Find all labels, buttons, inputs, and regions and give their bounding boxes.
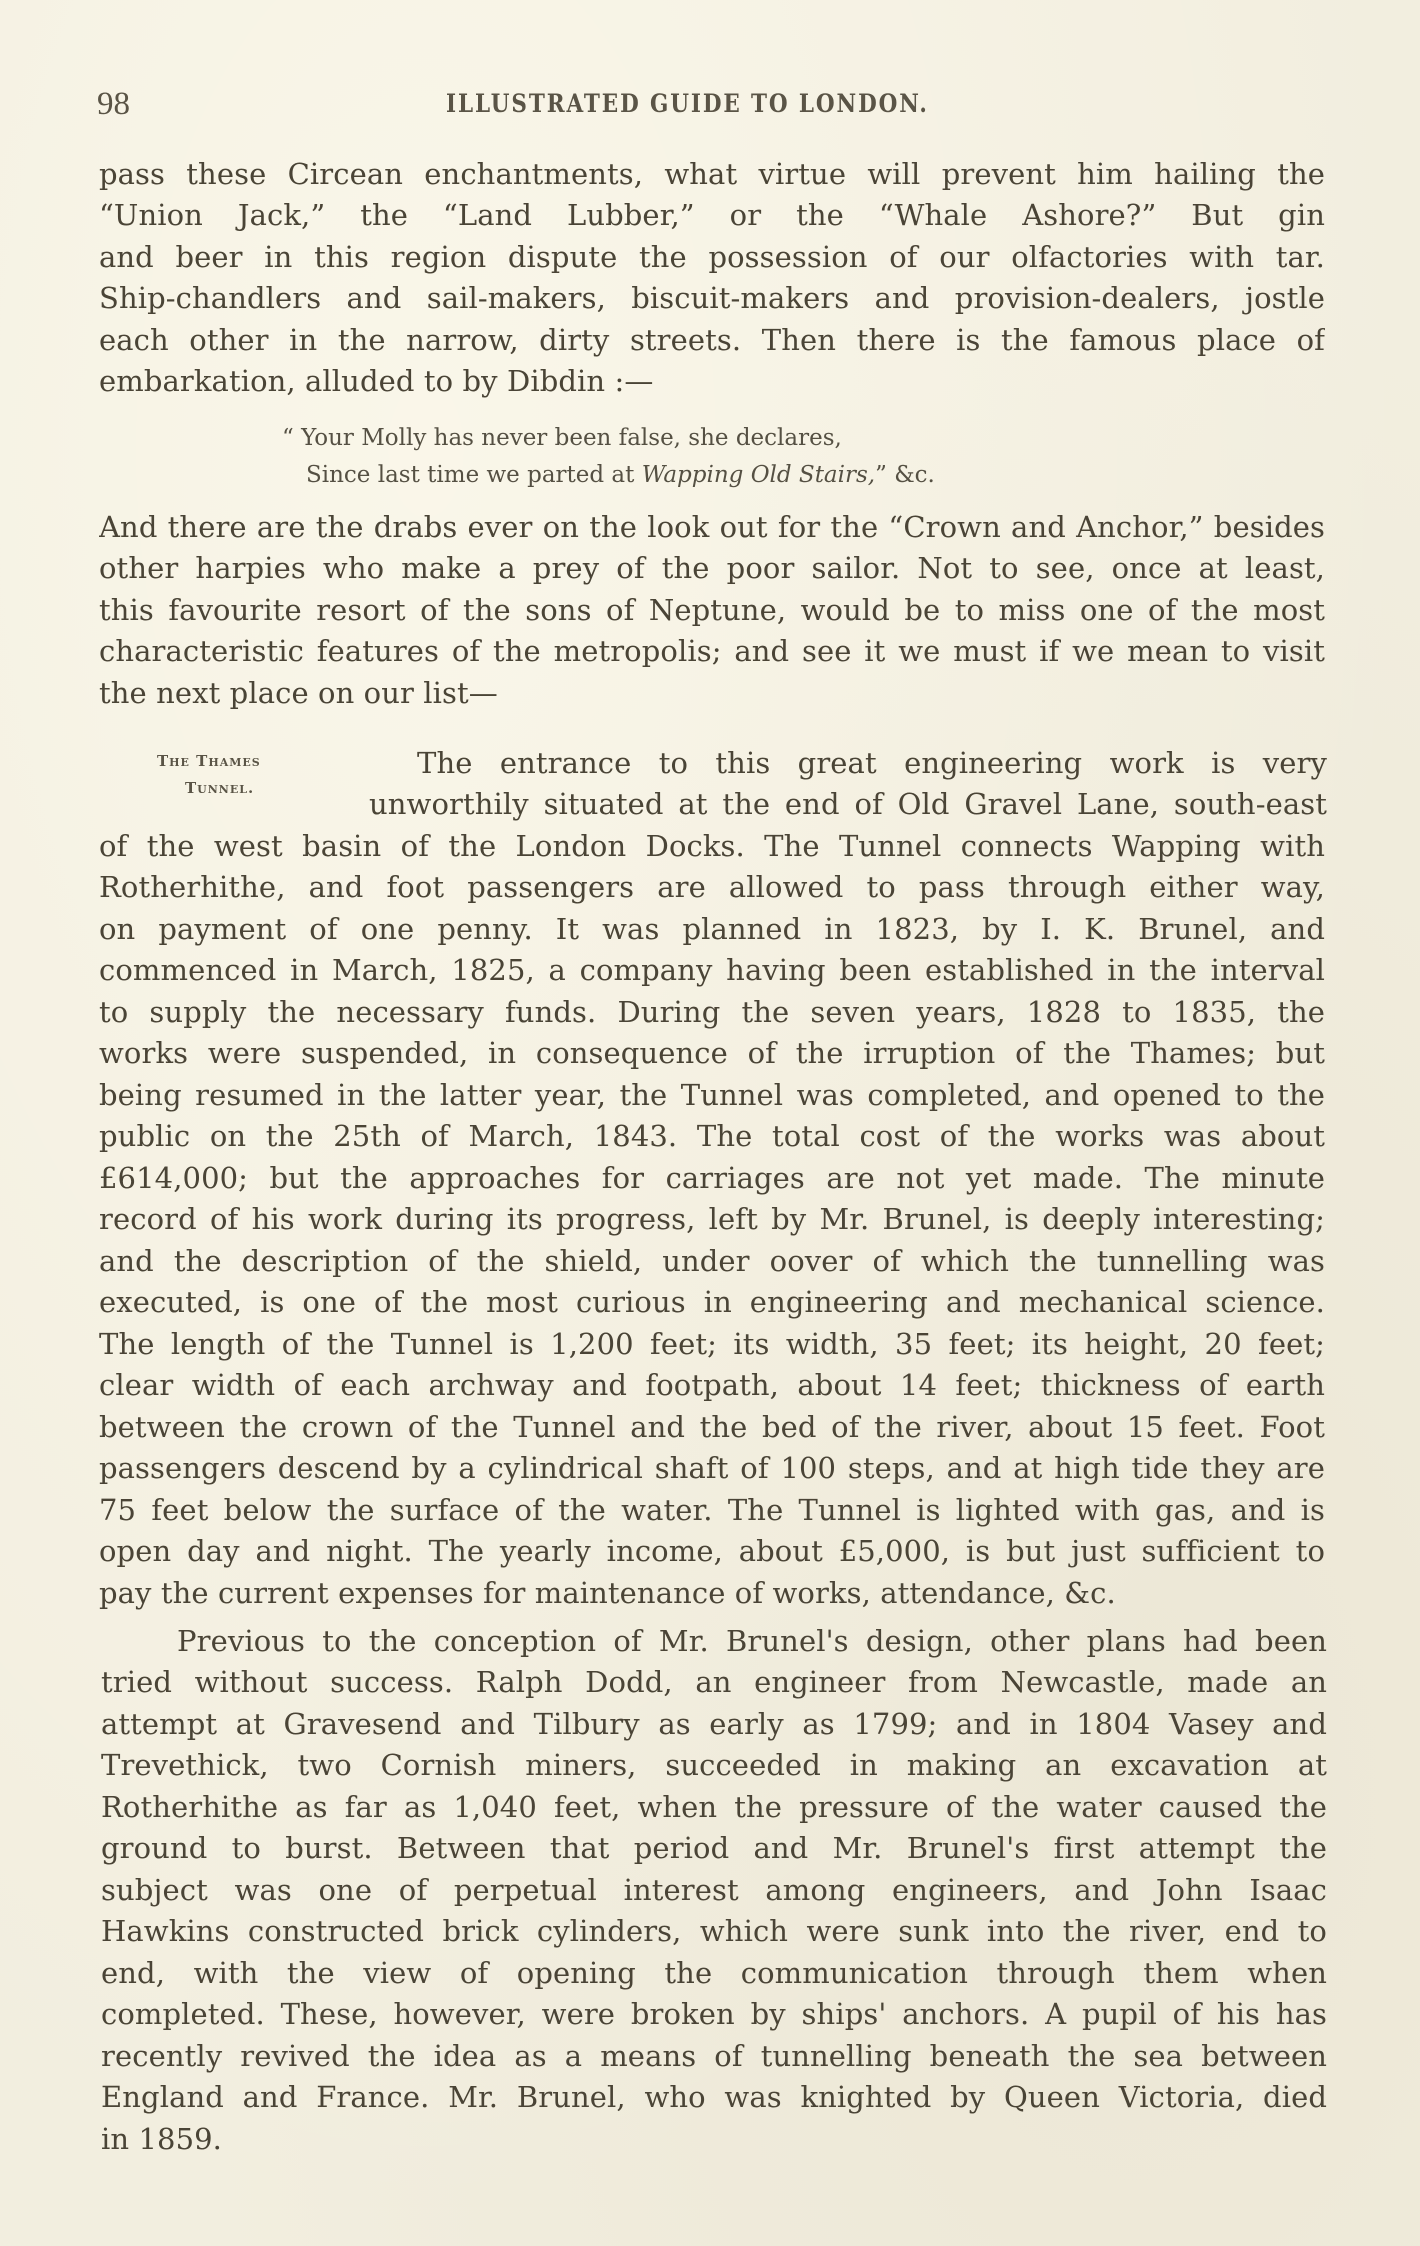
text-line: Ship-chandlers and sail-makers, biscuit-… [99, 277, 1325, 319]
book-page: 98 ILLUSTRATED GUIDE TO LONDON. pass the… [0, 0, 1420, 2246]
text-line: 75 feet below the surface of the water. … [99, 1489, 1325, 1531]
quote-text: ” &c. [875, 462, 935, 488]
text-line: this favourite resort of the sons of Nep… [99, 589, 1325, 631]
text-line: other harpies who make a prey of the poo… [99, 547, 1325, 589]
text-line: works were suspended, in consequence of … [99, 1032, 1325, 1074]
text-line: The length of the Tunnel is 1,200 feet; … [99, 1323, 1325, 1365]
text-line: Trevethick, two Cornish miners, succeede… [101, 1744, 1327, 1786]
text-line: end, with the view of opening the commun… [101, 1952, 1327, 1994]
marginal-note-line: Tunnel. [157, 775, 327, 802]
text-line: of the west basin of the London Docks. T… [99, 825, 1325, 867]
text-line: to supply the necessary funds. During th… [99, 991, 1325, 1033]
text-line: on payment of one penny. It was planned … [99, 908, 1325, 950]
text-line: pay the current expenses for maintenance… [99, 1572, 1325, 1614]
text-line: tried without success. Ralph Dodd, an en… [101, 1661, 1327, 1703]
text-line: Hawkins constructed brick cylinders, whi… [101, 1910, 1327, 1952]
marginal-note: The Thames Tunnel. [157, 748, 327, 802]
text-line: each other in the narrow, dirty streets.… [99, 319, 1325, 361]
page-number: 98 [97, 84, 130, 124]
text-line: ground to burst. Between that period and… [101, 1827, 1327, 1869]
quote-line-2: Since last time we parted at Wapping Old… [306, 457, 935, 494]
text-line: England and France. Mr. Brunel, who was … [101, 2076, 1327, 2118]
quote-text: Since last time we parted at [306, 462, 642, 488]
text-line: £614,000; but the approaches for carriag… [99, 1157, 1325, 1199]
text-line: recently revived the idea as a means of … [101, 2035, 1327, 2077]
text-line: Previous to the conception of Mr. Brunel… [101, 1620, 1327, 1662]
text-line: Rotherhithe, and foot passengers are all… [99, 866, 1325, 908]
text-line: and the description of the shield, under… [99, 1240, 1325, 1282]
text-line: subject was one of perpetual interest am… [101, 1869, 1327, 1911]
text-line: executed, is one of the most curious in … [99, 1281, 1325, 1323]
running-head: 98 ILLUSTRATED GUIDE TO LONDON. [97, 84, 1332, 124]
text-line: And there are the drabs ever on the look… [99, 506, 1325, 548]
text-line: and beer in this region dispute the poss… [99, 236, 1325, 278]
text-line: Rotherhithe as far as 1,040 feet, when t… [101, 1786, 1327, 1828]
running-title: ILLUSTRATED GUIDE TO LONDON. [446, 86, 929, 122]
text-line: pass these Circean enchantments, what vi… [99, 153, 1325, 195]
marginal-note-line: The Thames [157, 748, 327, 775]
text-line: commenced in March, 1825, a company havi… [99, 949, 1325, 991]
text-line: public on the 25th of March, 1843. The t… [99, 1115, 1325, 1157]
text-line: between the crown of the Tunnel and the … [99, 1406, 1325, 1448]
text-line: being resumed in the latter year, the Tu… [99, 1074, 1325, 1116]
text-line: The entrance to this great engineering w… [417, 742, 1327, 784]
quote-place-name: Wapping Old Stairs, [642, 462, 875, 488]
text-line: record of his work during its progress, … [99, 1198, 1325, 1240]
text-line: open day and night. The yearly income, a… [99, 1530, 1325, 1572]
text-line: unworthily situated at the end of Old Gr… [369, 783, 1327, 825]
text-line: clear width of each archway and footpath… [99, 1364, 1325, 1406]
text-line: in 1859. [101, 2118, 1327, 2160]
text-line: the next place on our list— [99, 672, 1325, 714]
text-line: completed. These, however, were broken b… [101, 1993, 1327, 2035]
text-line: passengers descend by a cylindrical shaf… [99, 1447, 1325, 1489]
quote-line-1: “ Your Molly has never been false, she d… [282, 420, 842, 457]
text-line: embarkation, alluded to by Dibdin :— [99, 360, 1325, 402]
text-line: attempt at Gravesend and Tilbury as earl… [101, 1703, 1327, 1745]
text-line: characteristic features of the metropoli… [99, 630, 1325, 672]
text-line: “Union Jack,” the “Land Lubber,” or the … [99, 194, 1325, 236]
